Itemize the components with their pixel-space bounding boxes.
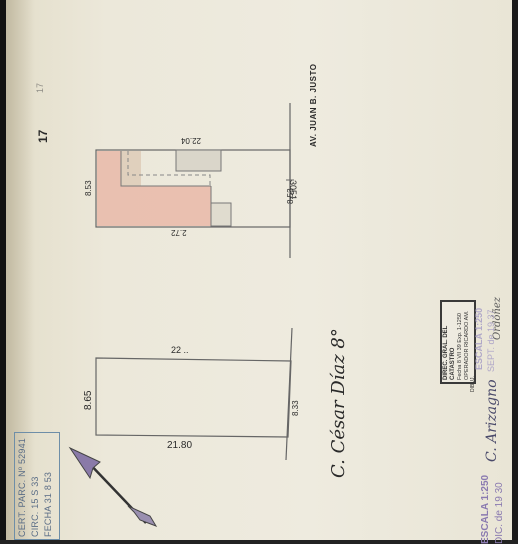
catastro-line-3: OPERADOR RICARDO AM. bbox=[464, 304, 471, 380]
scale-stamp-bottom: ESCALA 1:250 bbox=[480, 475, 491, 544]
signature-right: Ordóñez bbox=[492, 297, 503, 340]
date-stamp-bottom: DIC. de 19 30 bbox=[494, 482, 505, 544]
cert-line-3: FECHA 31 8 53 bbox=[43, 472, 53, 537]
signature-bottom: C. Arizagno bbox=[484, 379, 500, 462]
catastro-line-2: Fecha 8 VII 39 Exp. 1-1250 bbox=[457, 304, 464, 380]
sheet-number: 17 bbox=[36, 130, 50, 143]
catastro-dibuj: DIBUJ. bbox=[470, 376, 476, 392]
certificate-stamp: CERT. PARC. Nº 52941 CIRC. 15 S 33 FECHA… bbox=[14, 432, 60, 540]
lower-plot bbox=[96, 328, 292, 460]
catastro-title: DIREC. GRAL. DEL CATASTRO bbox=[443, 304, 457, 380]
street-label-cesar-diaz: C. César Díaz 8° bbox=[328, 328, 349, 478]
street-label-av-juan-b-justo: Av. Juan B. Justo bbox=[309, 64, 318, 147]
lower-plot-depth-bottom: 21.80 bbox=[167, 440, 192, 451]
upper-plot-street-number: 3051 bbox=[288, 180, 298, 200]
lower-plot-side-left: 8.65 bbox=[83, 391, 94, 410]
upper-plot bbox=[96, 150, 294, 227]
catastro-stamp: DIREC. GRAL. DEL CATASTRO Fecha 8 VII 39… bbox=[440, 300, 476, 384]
scale-stamp-right: ESCALA 1:250 bbox=[474, 308, 484, 370]
lower-plot-frontage: 8.33 bbox=[291, 400, 300, 416]
lower-plot-depth-top: 22 .. bbox=[171, 345, 189, 355]
north-arrow-icon bbox=[70, 448, 156, 526]
upper-plot-depth-top: 22.04 bbox=[181, 136, 201, 145]
cert-line-2: CIRC. 15 S 33 bbox=[30, 476, 40, 537]
upper-plot-depth-bottom: 2.72 bbox=[171, 228, 187, 237]
pencil-mark: 17 bbox=[35, 83, 45, 93]
plot-drawing bbox=[0, 0, 518, 544]
upper-plot-side-left: 8.53 bbox=[84, 180, 93, 196]
cert-line-1: CERT. PARC. Nº 52941 bbox=[17, 438, 27, 537]
